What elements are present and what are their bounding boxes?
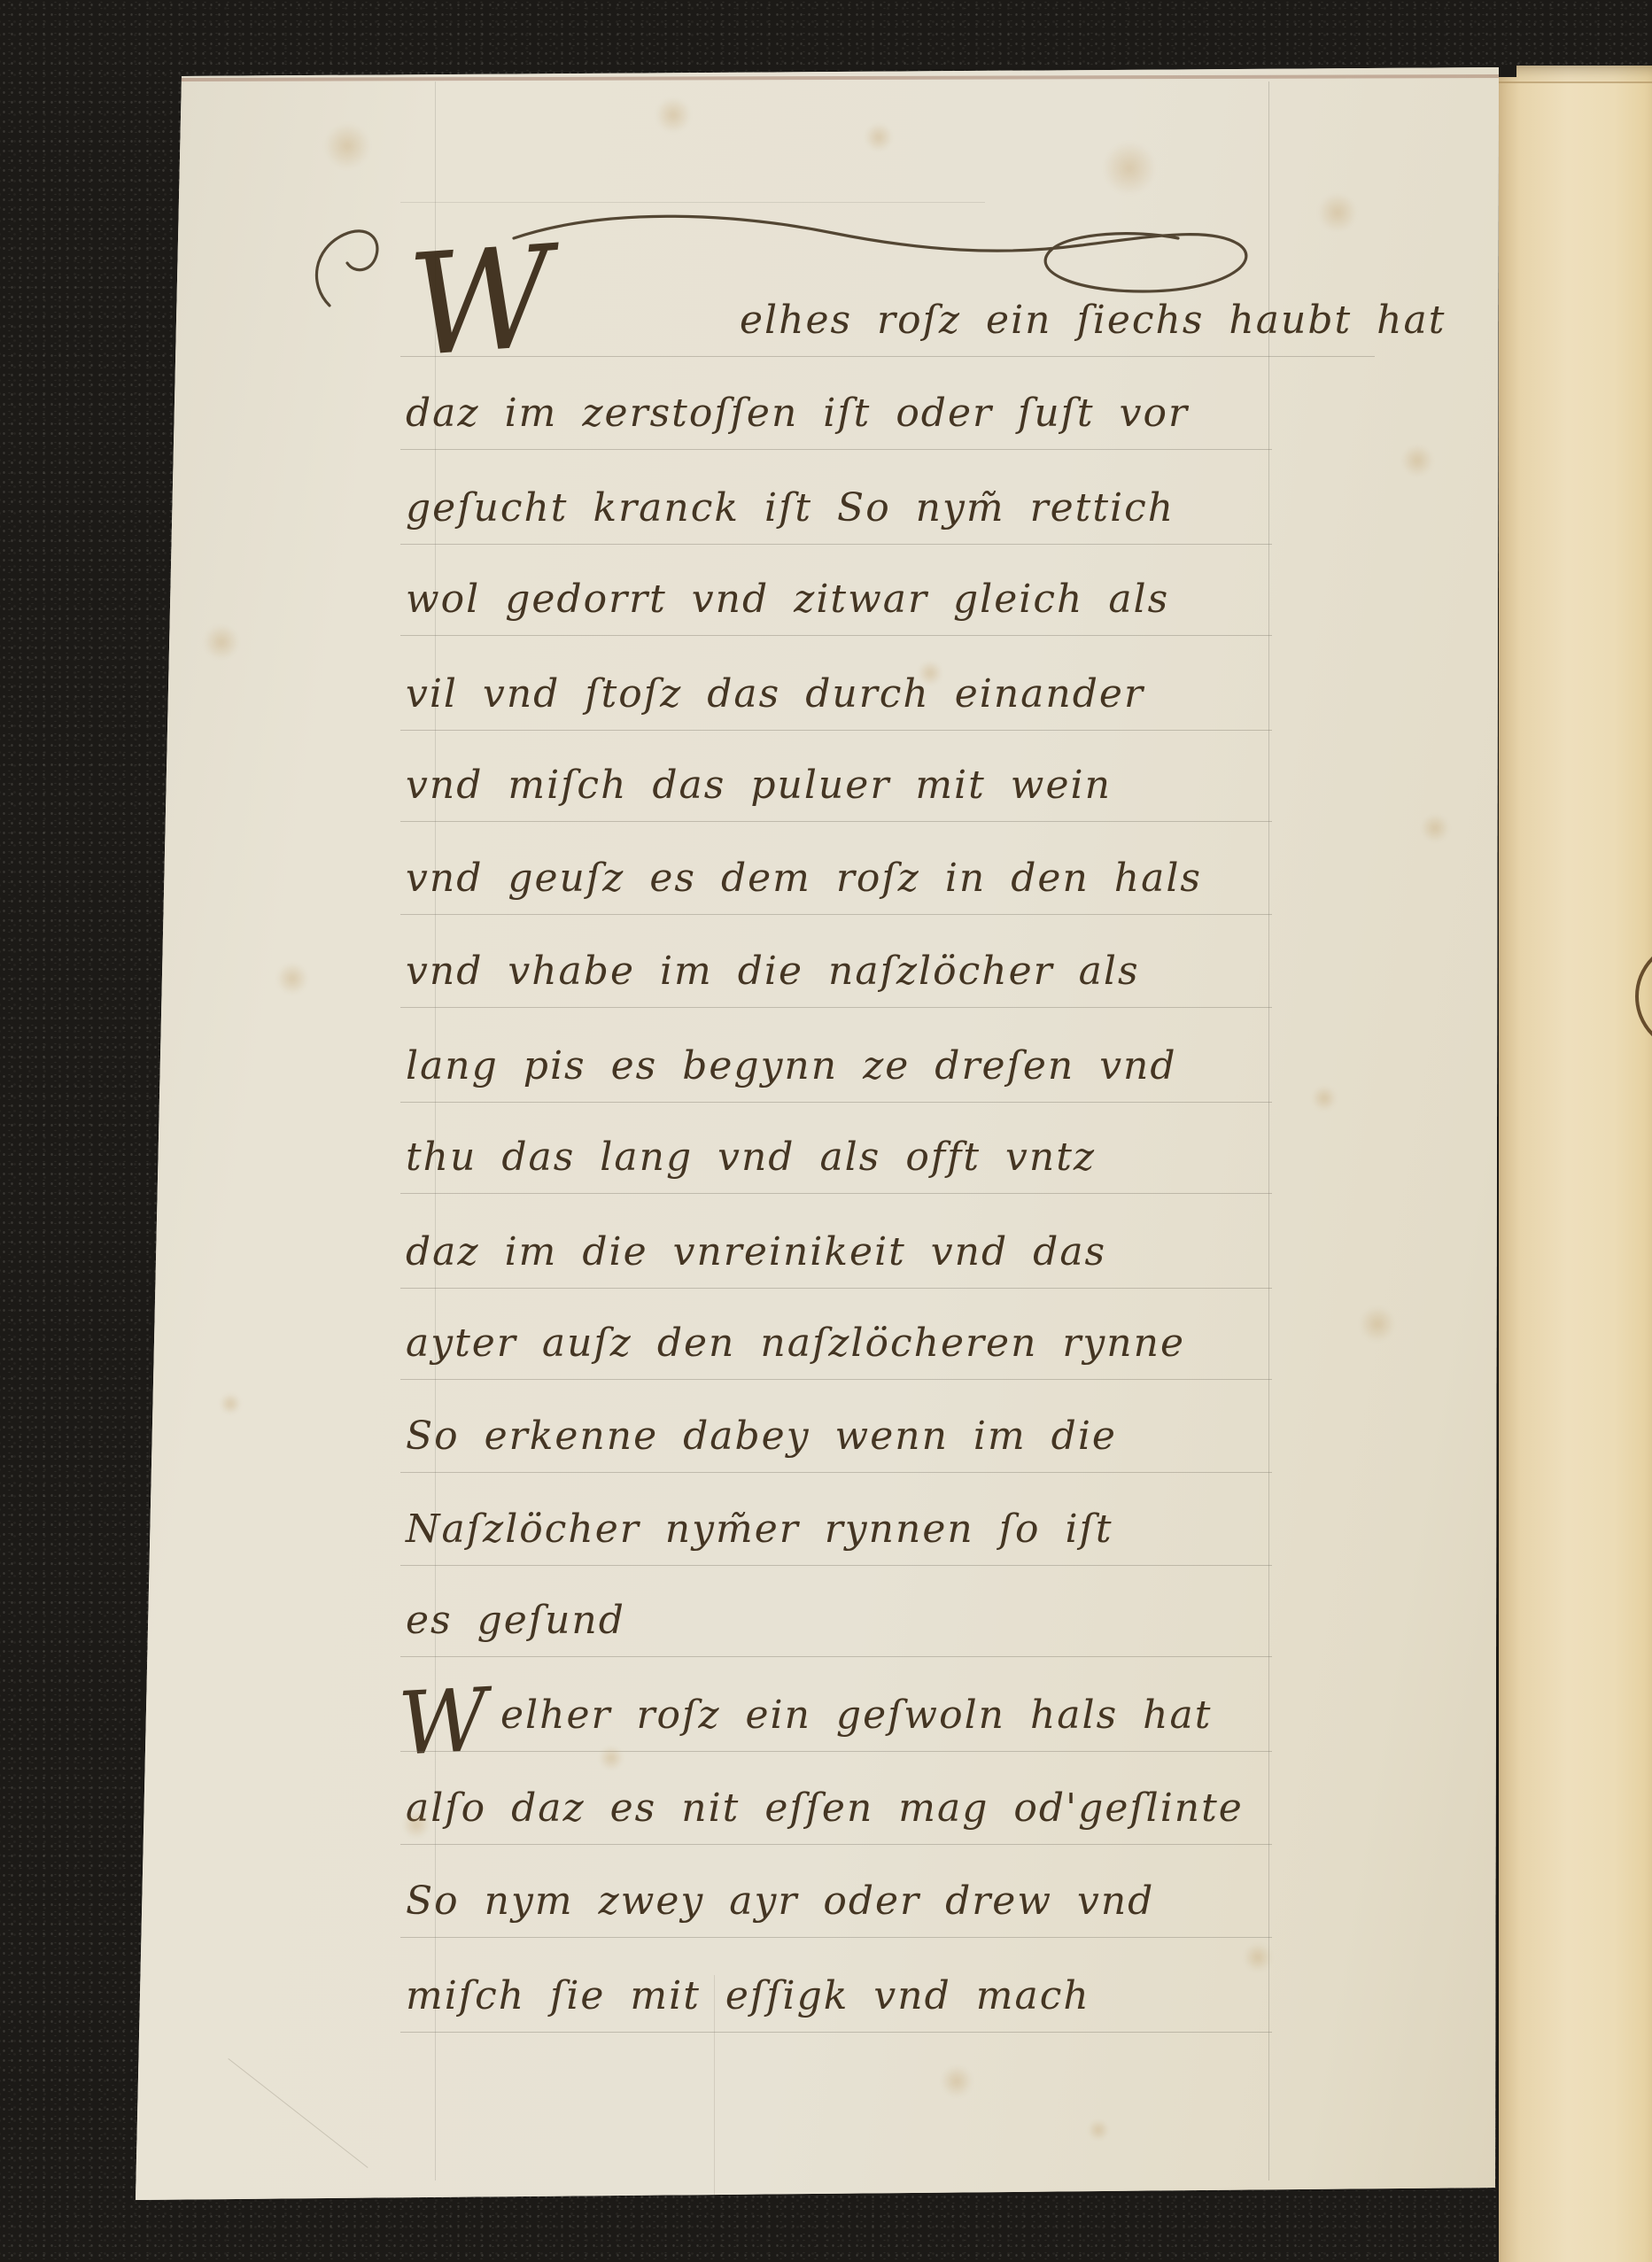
manuscript-line: So erkenne dabey wenn im die — [406, 1414, 1117, 1459]
manuscript-line: vnd geuſz es dem roſz in den hals — [406, 856, 1202, 901]
paragraph-initial-w: W — [397, 1677, 491, 1768]
ruled-guideline — [400, 544, 1272, 545]
foxing-stain — [1244, 1943, 1272, 1972]
foxing-stain — [276, 963, 308, 995]
foxing-stain — [402, 1810, 430, 1839]
next-page-leaf-line — [1499, 81, 1652, 83]
ruled-guideline — [400, 635, 1272, 636]
ruled-guideline — [400, 1007, 1272, 1008]
ruled-guideline — [400, 1844, 1272, 1845]
ruled-guideline — [400, 1288, 1272, 1289]
ruled-guideline — [400, 1102, 1272, 1103]
ruled-guideline — [400, 1751, 1272, 1752]
manuscript-line: ayter auſz den naſzlöcheren rynne — [406, 1321, 1185, 1366]
foxing-stain — [1088, 2119, 1109, 2141]
manuscript-line: alſo daz es nit eſſen mag od'geſlinte — [406, 1786, 1244, 1831]
foxing-stain — [1318, 193, 1357, 232]
ruled-guideline — [400, 914, 1272, 915]
foxing-stain — [1103, 142, 1156, 195]
manuscript-line: elhes roſz ein ſiechs haubt hat — [740, 298, 1446, 343]
next-page-edge — [1499, 66, 1652, 2262]
ruled-guideline — [400, 1937, 1272, 1938]
foxing-stain — [918, 661, 942, 686]
ruled-guideline — [400, 821, 1272, 822]
foxing-stain — [1312, 1086, 1337, 1111]
ruled-guideline — [400, 730, 1272, 731]
foxing-stain — [941, 2065, 973, 2097]
foxing-stain — [655, 97, 691, 133]
foxing-stain — [324, 123, 370, 169]
margin-rule-right — [1268, 81, 1269, 2181]
manuscript-line: Naſzlöcher nym̃er rynnen ſo iſt — [406, 1507, 1113, 1552]
manuscript-line: So nym zwey ayr oder drew vnd — [406, 1879, 1154, 1924]
foxing-stain — [865, 123, 893, 151]
manuscript-line: daz im die vnreinikeit vnd das — [406, 1229, 1106, 1274]
manuscript-line: vnd vhabe im die naſzlöcher als — [406, 949, 1140, 994]
ruled-guideline — [400, 2032, 1272, 2033]
foxing-stain — [220, 1393, 241, 1414]
manuscript-line: thu das lang vnd als offt vntz — [406, 1135, 1096, 1180]
decorated-initial-w: W — [405, 228, 558, 377]
ruled-guideline — [400, 1379, 1272, 1380]
manuscript-line: vnd miſch das puluer mit wein — [406, 763, 1112, 808]
ruled-guideline — [400, 1656, 1272, 1657]
manuscript-line: daz im zerstoſſen iſt oder ſuſt vor — [406, 391, 1189, 436]
foxing-stain — [1401, 445, 1433, 476]
manuscript-line: wol gedorrt vnd zitwar gleich als — [406, 577, 1169, 622]
foxing-stain — [599, 1746, 624, 1770]
foxing-stain — [1421, 814, 1449, 842]
manuscript-line: geſucht kranck iſt So nym̃ rettich — [406, 485, 1175, 531]
manuscript-line: vil vnd ſtoſz das durch einander — [406, 671, 1144, 717]
manuscript-line: miſch ſie mit eſſigk vnd mach — [406, 1973, 1090, 2018]
ruled-guideline — [400, 449, 1272, 450]
manuscript-page: W W elhes roſz ein ſiechs haubt hatdaz i… — [0, 0, 1652, 2262]
manuscript-line: elher roſz ein geſwoln hals hat — [500, 1693, 1212, 1738]
paper-crease — [228, 2058, 368, 2168]
manuscript-photograph: W W elhes roſz ein ſiechs haubt hatdaz i… — [0, 0, 1652, 2262]
next-page-notch — [1499, 66, 1516, 77]
page-top-edge — [182, 74, 1499, 81]
ruled-guideline — [400, 1193, 1272, 1194]
ruled-guideline — [400, 356, 1375, 357]
ruled-guideline — [400, 1472, 1272, 1473]
ruled-guideline — [400, 1565, 1272, 1566]
manuscript-line: es geſund — [406, 1598, 625, 1643]
foxing-stain — [204, 624, 239, 660]
foxing-stain — [1360, 1306, 1395, 1342]
manuscript-line: lang pis es begynn ze dreſen vnd — [406, 1043, 1177, 1088]
